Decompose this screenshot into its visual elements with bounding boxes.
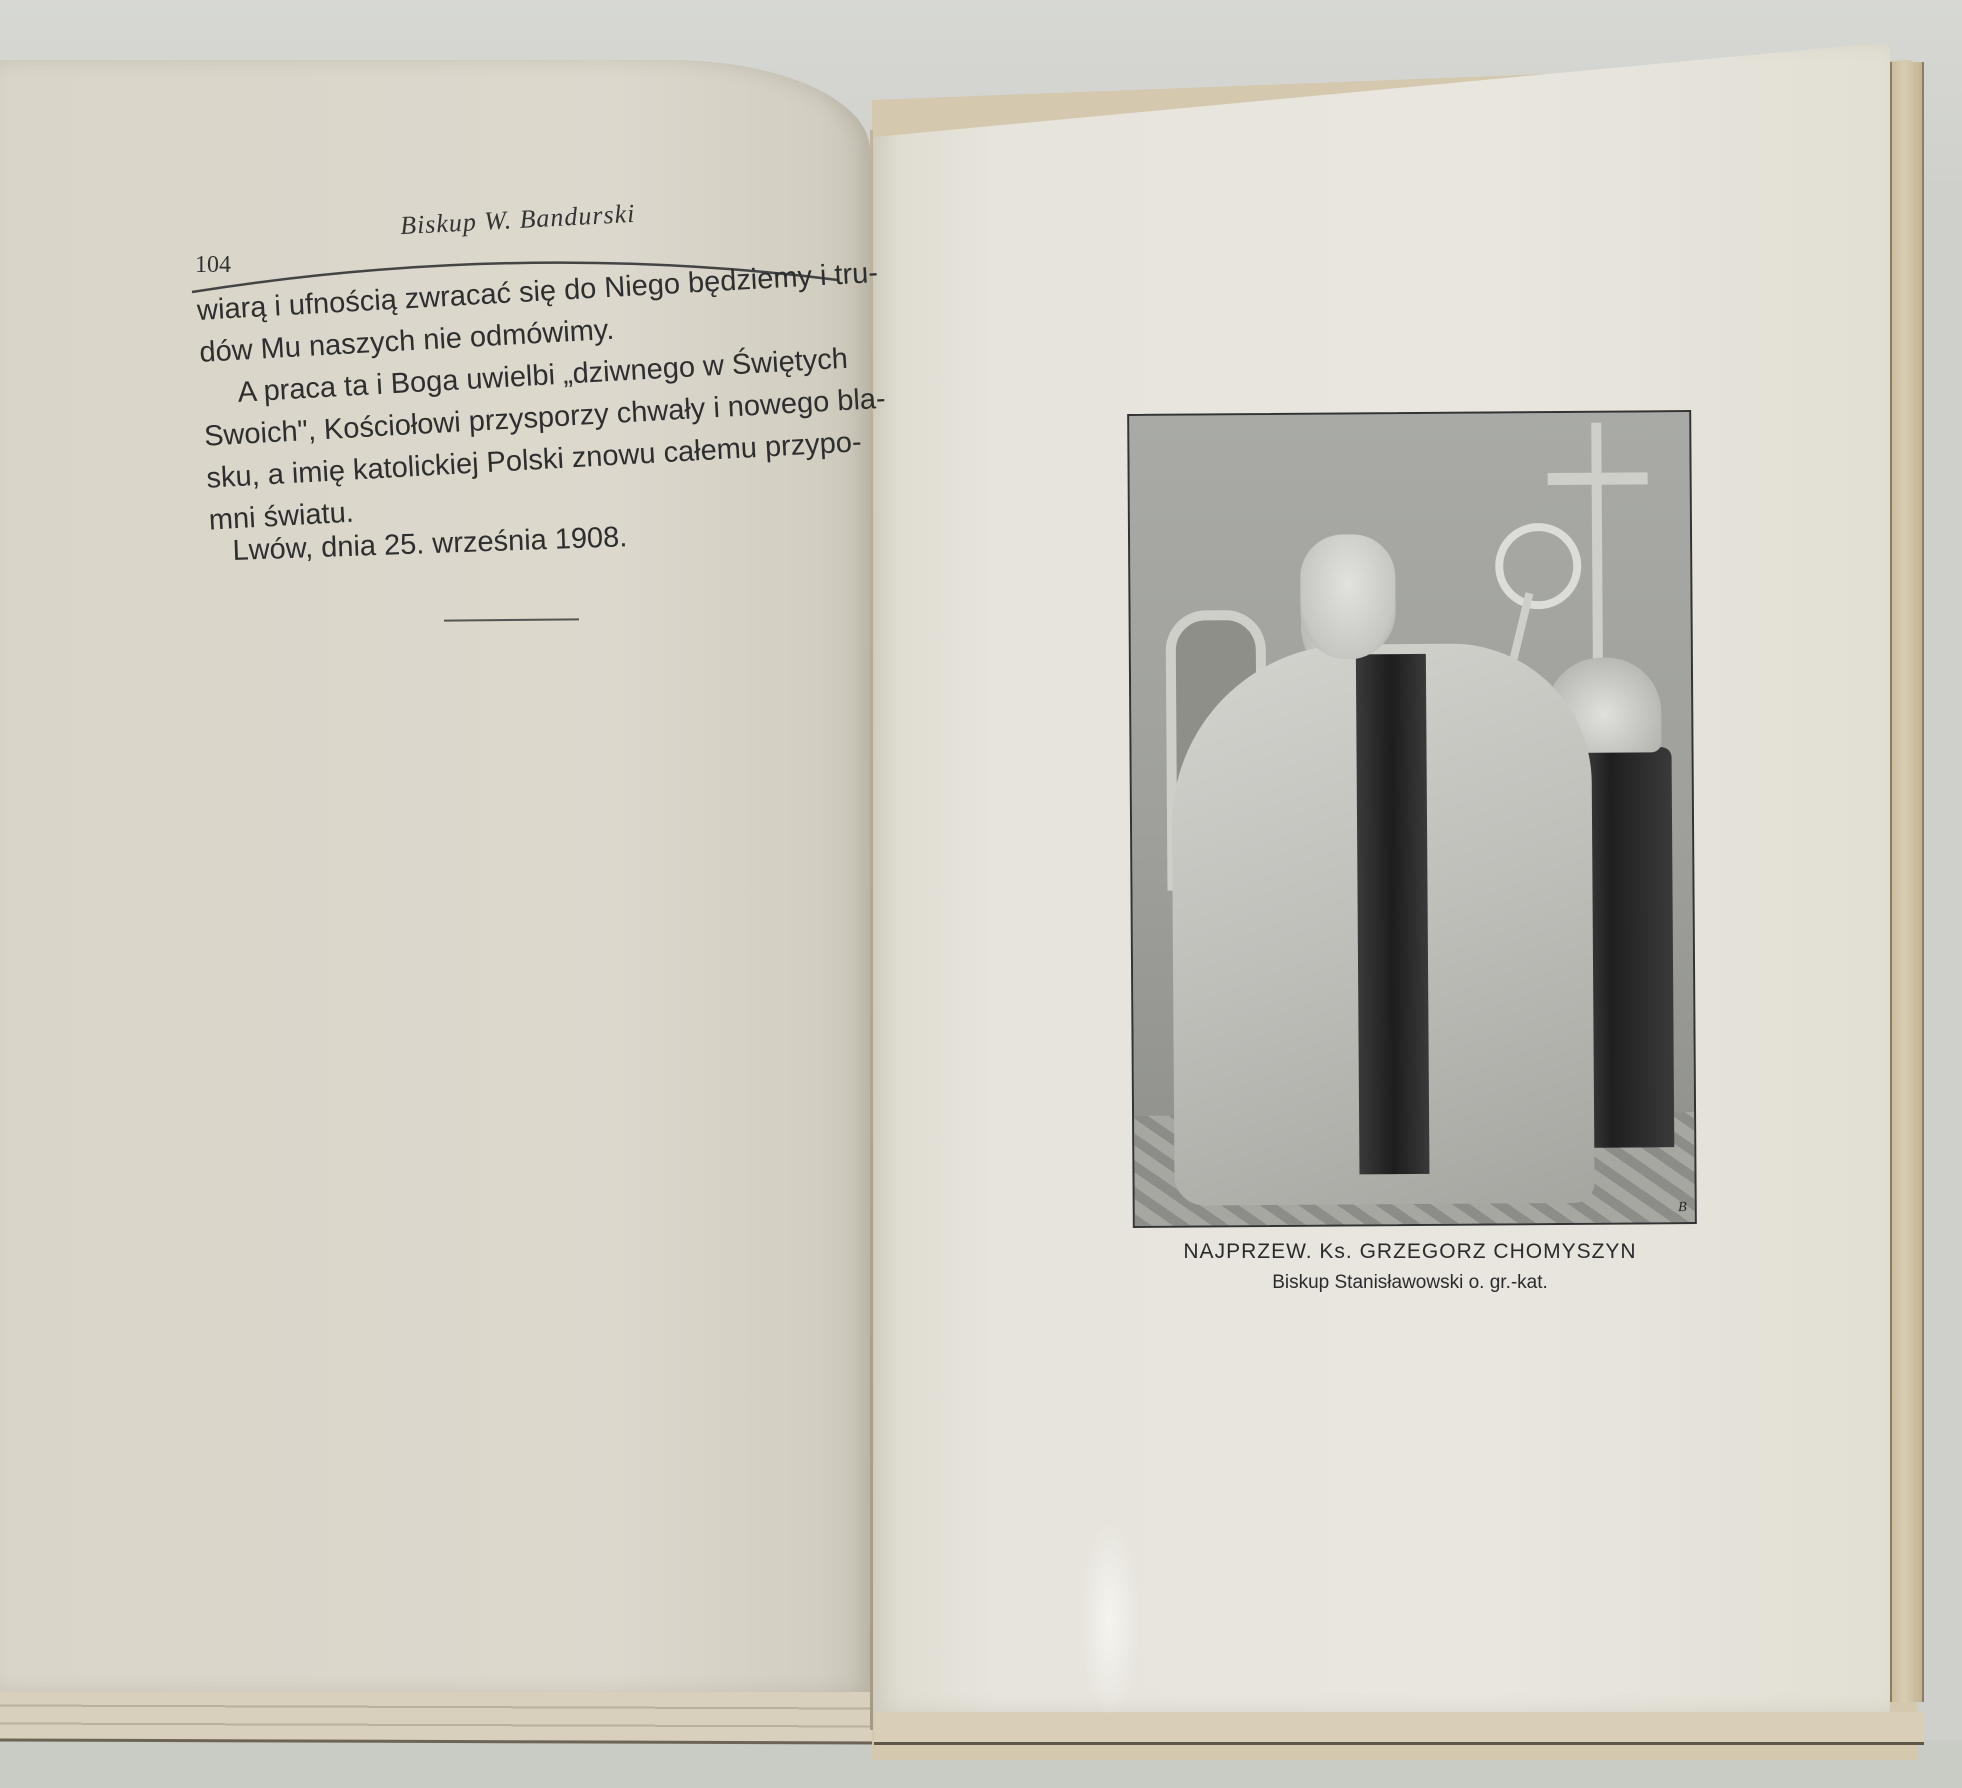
crozier xyxy=(1495,523,1582,610)
light-glare xyxy=(1080,1520,1140,1720)
crucifix-bar xyxy=(1548,472,1648,485)
caption-subtitle: Biskup Stanisławowski o. gr.-kat. xyxy=(1130,1272,1690,1294)
portrait-plate: B xyxy=(1127,410,1697,1228)
caption-title: NAJPRZEW. Ks. GRZEGORZ CHOMYSZYN xyxy=(1130,1240,1690,1264)
plate-caption: NAJPRZEW. Ks. GRZEGORZ CHOMYSZYN Biskup … xyxy=(1130,1240,1690,1294)
body-text: wiarą i ufnością zwracać się do Niego bę… xyxy=(196,253,869,541)
right-page-bottom-edge xyxy=(874,1712,1924,1745)
book-gutter xyxy=(870,130,873,1730)
portrait-head xyxy=(1300,534,1396,660)
crucifix xyxy=(1591,423,1603,663)
left-page-edges xyxy=(0,1688,880,1744)
right-page-fore-edge xyxy=(1890,62,1924,1702)
cassock xyxy=(1356,654,1430,1174)
engraver-mark: B xyxy=(1678,1200,1687,1216)
